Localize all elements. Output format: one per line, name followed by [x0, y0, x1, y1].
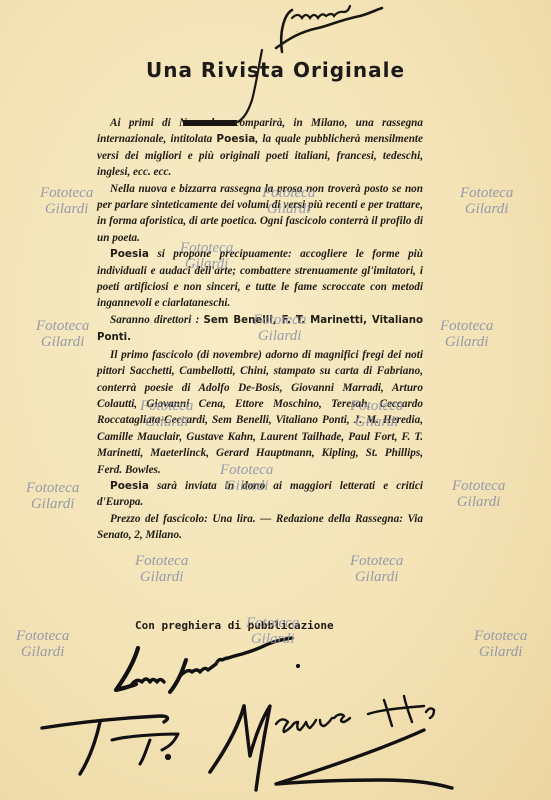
watermark-line: Fototeca	[180, 240, 233, 256]
svg-text:Gennajo: Gennajo	[295, 31, 297, 32]
watermark-fototeca-gilardi: FototecaGilardi	[26, 480, 79, 512]
watermark-fototeca-gilardi: FototecaGilardi	[460, 185, 513, 217]
watermark-line: Gilardi	[452, 494, 505, 510]
journal-name: Poesia	[110, 248, 149, 260]
text-run: Nella nuova e bizzarra rassegna la prosa…	[97, 183, 423, 244]
page-title: Una Rivista Originale	[0, 58, 551, 82]
watermark-line: Fototeca	[36, 318, 89, 334]
paragraph-p3: Poesia si propone precipuamente: accogli…	[97, 246, 423, 312]
watermark-fototeca-gilardi: FototecaGilardi	[220, 462, 273, 494]
watermark-line: Gilardi	[253, 328, 306, 344]
watermark-line: Fototeca	[26, 480, 79, 496]
watermark-line: Gilardi	[440, 334, 493, 350]
watermark-line: Fototeca	[16, 628, 69, 644]
watermark-fototeca-gilardi: FototecaGilardi	[135, 553, 188, 585]
watermark-line: Fototeca	[350, 398, 403, 414]
watermark-line: Fototeca	[262, 185, 315, 201]
journal-name: Poesia	[216, 133, 255, 145]
watermark-fototeca-gilardi: FototecaGilardi	[350, 553, 403, 585]
watermark-line: Gilardi	[262, 201, 315, 217]
watermark-line: Gilardi	[135, 569, 188, 585]
journal-name: Poesia	[110, 480, 149, 492]
watermark-fototeca-gilardi: FototecaGilardi	[452, 478, 505, 510]
watermark-line: Fototeca	[40, 185, 93, 201]
watermark-line: Gilardi	[16, 644, 69, 660]
watermark-fototeca-gilardi: FototecaGilardi	[40, 185, 93, 217]
watermark-fototeca-gilardi: FototecaGilardi	[262, 185, 315, 217]
paragraph-p1: Ai primi di Novembre comparirà, in Milan…	[97, 115, 423, 181]
watermark-line: Gilardi	[40, 201, 93, 217]
watermark-line: Gilardi	[140, 414, 193, 430]
watermark-line: Fototeca	[135, 553, 188, 569]
watermark-line: Gilardi	[246, 631, 299, 647]
watermark-fototeca-gilardi: FototecaGilardi	[253, 312, 306, 344]
watermark-line: Fototeca	[220, 462, 273, 478]
watermark-line: Fototeca	[253, 312, 306, 328]
struck-word: Novembre	[179, 117, 226, 129]
watermark-fototeca-gilardi: FototecaGilardi	[246, 615, 299, 647]
watermark-fototeca-gilardi: FototecaGilardi	[16, 628, 69, 660]
watermark-line: Gilardi	[350, 414, 403, 430]
watermark-line: Fototeca	[140, 398, 193, 414]
watermark-fototeca-gilardi: FototecaGilardi	[180, 240, 233, 272]
watermark-line: Fototeca	[460, 185, 513, 201]
signature-marinetti	[42, 696, 452, 790]
watermark-fototeca-gilardi: FototecaGilardi	[350, 398, 403, 430]
watermark-line: Fototeca	[246, 615, 299, 631]
watermark-line: Gilardi	[474, 644, 527, 660]
text-run: Saranno direttori :	[110, 314, 204, 326]
watermark-line: Gilardi	[180, 256, 233, 272]
watermark-line: Gilardi	[460, 201, 513, 217]
watermark-line: Gilardi	[36, 334, 89, 350]
watermark-fototeca-gilardi: FototecaGilardi	[36, 318, 89, 350]
watermark-line: Fototeca	[474, 628, 527, 644]
text-run: Ai primi di	[110, 117, 179, 129]
document-page: Gennajo Una Rivista Originale Ai primi d…	[0, 0, 551, 800]
paragraph-p7: Prezzo del fascicolo: Una lira. — Redazi…	[97, 511, 423, 544]
paragraph-p2: Nella nuova e bizzarra rassegna la prosa…	[97, 181, 423, 247]
watermark-line: Gilardi	[350, 569, 403, 585]
text-run: Prezzo del fascicolo: Una lira. — Redazi…	[97, 513, 423, 541]
watermark-line: Fototeca	[350, 553, 403, 569]
watermark-line: Fototeca	[452, 478, 505, 494]
watermark-line: Fototeca	[440, 318, 493, 334]
watermark-fototeca-gilardi: FototecaGilardi	[474, 628, 527, 660]
watermark-line: Gilardi	[26, 496, 79, 512]
watermark-fototeca-gilardi: FototecaGilardi	[440, 318, 493, 350]
watermark-line: Gilardi	[220, 478, 273, 494]
watermark-fototeca-gilardi: FototecaGilardi	[140, 398, 193, 430]
